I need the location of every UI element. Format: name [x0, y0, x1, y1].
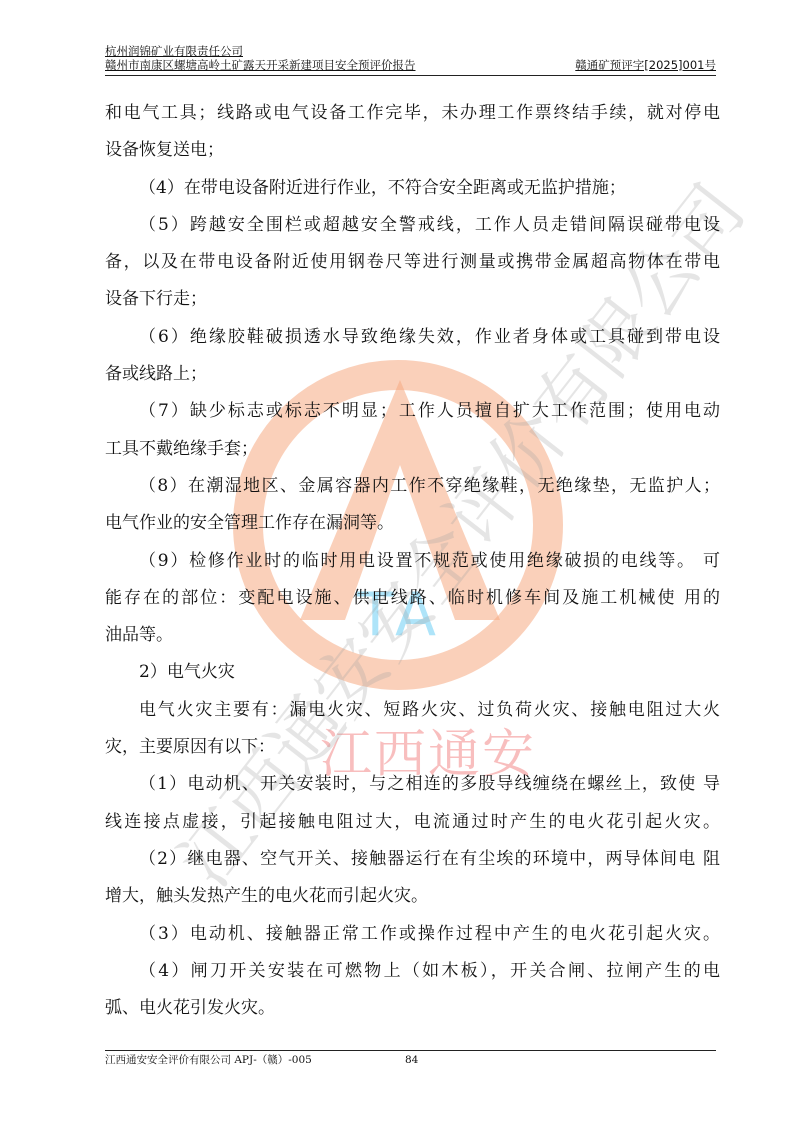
- text-line: 增大，触头发热产生的电火花而引起火灾。: [105, 878, 720, 915]
- list-item-8: （8）在潮湿地区、金属容器内工作不穿绝缘鞋，无绝缘垫，无监护人；: [105, 468, 720, 505]
- list-item-5: （5）跨越安全围栏或超越安全警戒线，工作人员走错间隔误碰带电设: [105, 207, 720, 244]
- document-body: 和电气工具；线路或电气设备工作完毕，未办理工作票终结手续，就对停电 设备恢复送电…: [105, 95, 720, 1027]
- header-rule: [105, 75, 716, 76]
- text-line: 弧、电火花引发火灾。: [105, 990, 720, 1027]
- text-line: 灾，主要原因有以下：: [105, 729, 720, 766]
- text-line: 线连接点虚接，引起接触电阻过大，电流通过时产生的电火花引起火灾。: [105, 804, 720, 841]
- list-item-9: （9）检修作业时的临时用电设置不规范或使用绝缘破损的电线等。 可: [105, 543, 720, 580]
- header-company: 杭州润锦矿业有限责任公司: [105, 44, 716, 58]
- list-item-7: （7）缺少标志或标志不明显；工作人员擅自扩大工作范围；使用电动: [105, 393, 720, 430]
- footer-company: 江西通安安全评价有限公司 APJ-（赣）-005: [105, 1051, 405, 1069]
- fire-cause-3: （3）电动机、接触器正常工作或操作过程中产生的电火花引起火灾。: [105, 916, 720, 953]
- document-page: TA 江西通安 江西通安安全评价有限公司 杭州润锦矿业有限责任公司 赣州市南康区…: [0, 0, 793, 1122]
- header-report-title: 赣州市南康区螺塘高岭土矿露天开采新建项目安全预评价报告: [105, 58, 416, 72]
- page-number: 84: [405, 1051, 418, 1069]
- text-line: 电气作业的安全管理工作存在漏洞等。: [105, 505, 720, 542]
- fire-cause-2: （2）继电器、空气开关、接触器运行在有尘埃的环境中，两导体间电 阻: [105, 841, 720, 878]
- text-line: 能存在的部位：变配电设施、供电线路、临时机修车间及施工机械使 用的: [105, 580, 720, 617]
- fire-cause-4: （4）闸刀开关安装在可燃物上（如木板），开关合闸、拉闸产生的电: [105, 953, 720, 990]
- text-line: 设备下行走；: [105, 281, 720, 318]
- page-header: 杭州润锦矿业有限责任公司 赣州市南康区螺塘高岭土矿露天开采新建项目安全预评价报告…: [105, 44, 716, 72]
- text-line: 备或线路上；: [105, 356, 720, 393]
- list-item-4: （4）在带电设备附近进行作业，不符合安全距离或无监护措施；: [105, 170, 720, 207]
- text-line: 设备恢复送电；: [105, 132, 720, 169]
- fire-cause-1: （1）电动机、开关安装时，与之相连的多股导线缠绕在螺丝上，致使 导: [105, 766, 720, 803]
- text-line: 油品等。: [105, 617, 720, 654]
- text-line: 工具不戴绝缘手套；: [105, 431, 720, 468]
- list-item-6: （6）绝缘胶鞋破损透水导致绝缘失效，作业者身体或工具碰到带电设: [105, 319, 720, 356]
- header-doc-number: 赣通矿预评字[2025]001号: [575, 58, 716, 72]
- text-line: 电气火灾主要有：漏电火灾、短路火灾、过负荷火灾、接触电阻过大火: [105, 692, 720, 729]
- page-footer: 江西通安安全评价有限公司 APJ-（赣）-005 84: [105, 1050, 716, 1069]
- text-line: 备，以及在带电设备附近使用钢卷尺等进行测量或携带金属超高物体在带电: [105, 244, 720, 281]
- section-heading-electrical-fire: 2）电气火灾: [105, 654, 720, 691]
- text-line: 和电气工具；线路或电气设备工作完毕，未办理工作票终结手续，就对停电: [105, 95, 720, 132]
